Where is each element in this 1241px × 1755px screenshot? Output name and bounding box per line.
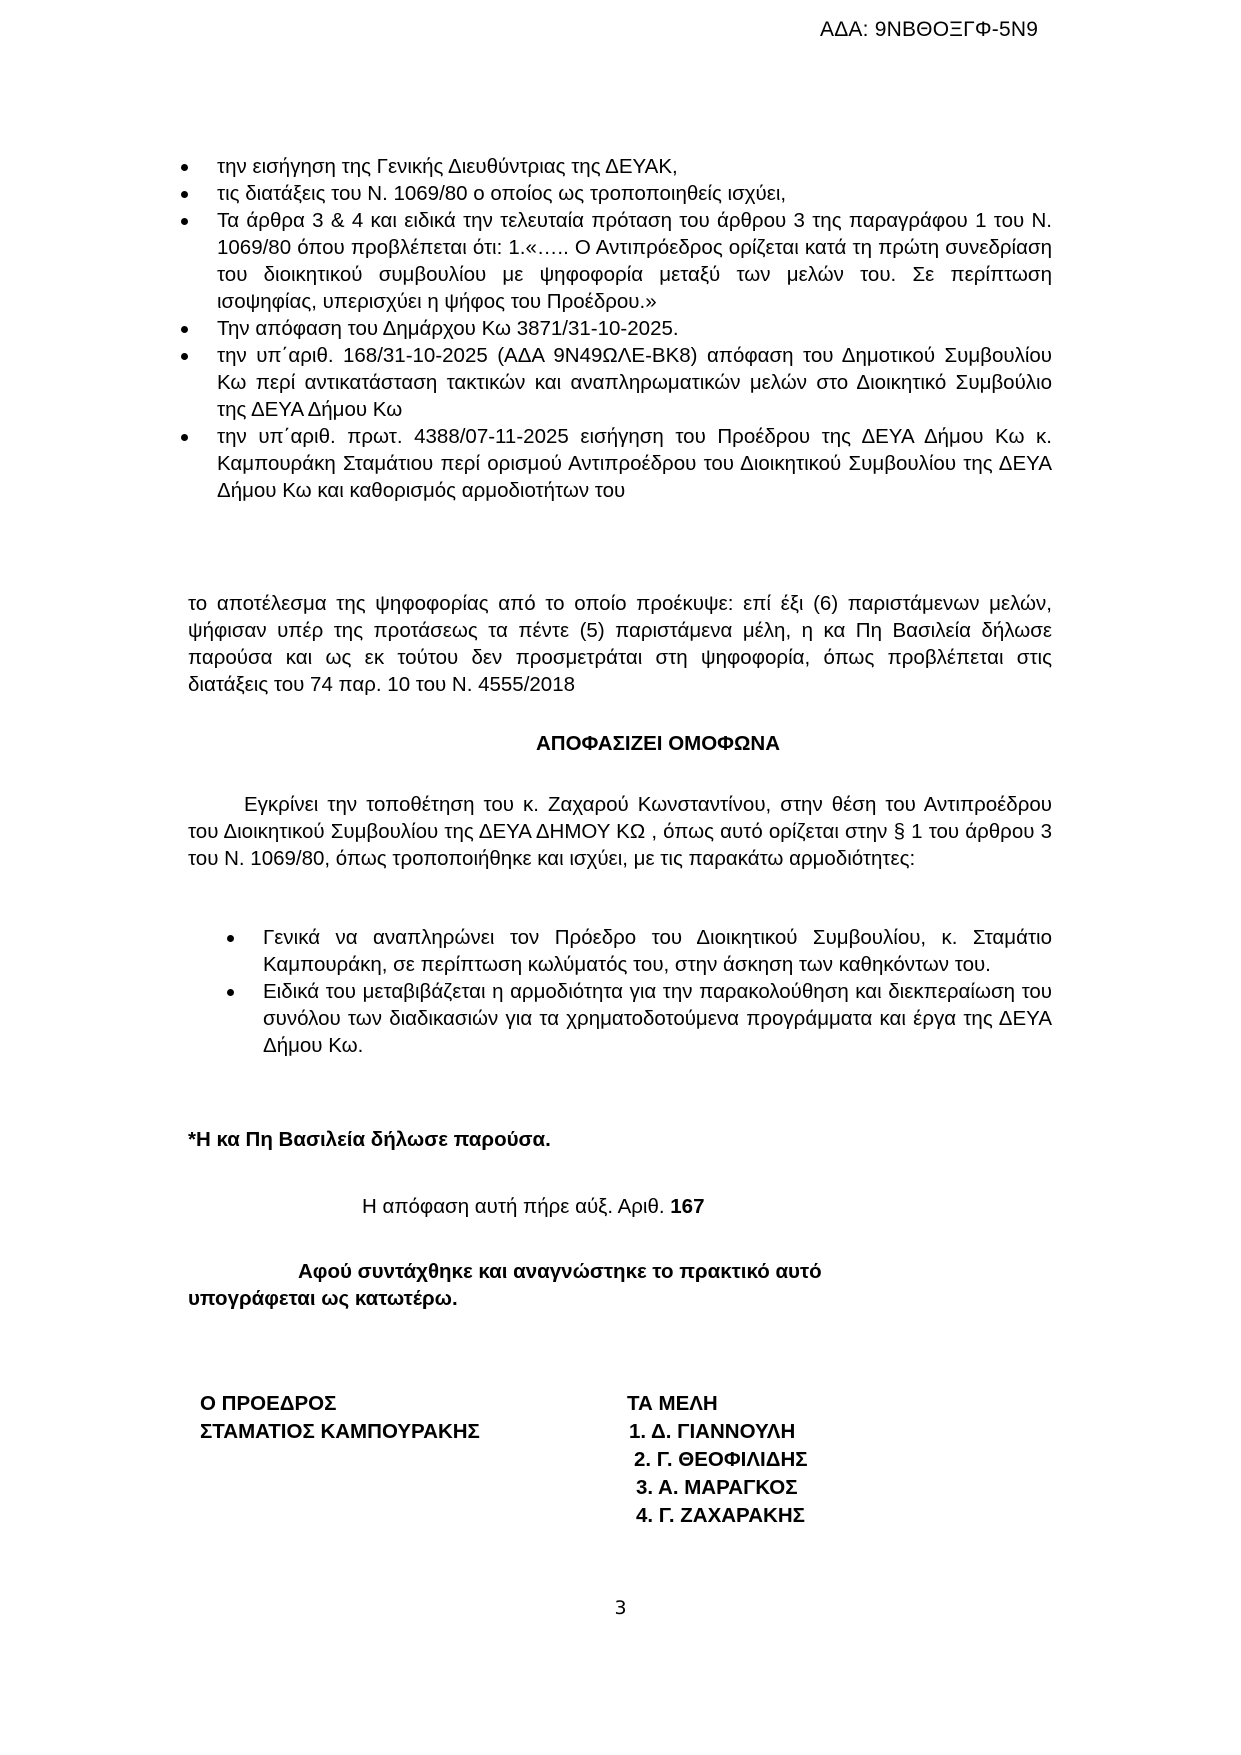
member-name: 2. Γ. ΘΕΟΦΙΛΙΔΗΣ (627, 1446, 808, 1474)
members-signature-block: ΤΑ ΜΕΛΗ 1. Δ. ΓΙΑΝΝΟΥΛΗ 2. Γ. ΘΕΟΦΙΛΙΔΗΣ… (627, 1390, 808, 1530)
attendance-note: *Η κα Πη Βασιλεία δήλωσε παρούσα. (188, 1128, 551, 1152)
decision-heading: ΑΠΟΦΑΣΙΖΕΙ ΟΜΟΦΩΝΑ (0, 732, 1241, 756)
list-item: την υπ΄αριθ. πρωτ. 4388/07-11-2025 εισήγ… (217, 423, 1052, 504)
bullet-icon (181, 326, 188, 333)
list-item: Τα άρθρα 3 & 4 και ειδικά την τελευταία … (217, 207, 1052, 315)
list-item: την υπ΄αριθ. 168/31-10-2025 (ΑΔΑ 9Ν49ΩΛΕ… (217, 342, 1052, 423)
bullet-icon (181, 353, 188, 360)
bullet-icon (227, 989, 234, 996)
member-name: 4. Γ. ΖΑΧΑΡΑΚΗΣ (627, 1502, 808, 1530)
bullet-icon (181, 434, 188, 441)
considerations-list: την εισήγηση της Γενικής Διευθύντριας τη… (217, 153, 1052, 504)
list-item: τις διατάξεις του Ν. 1069/80 ο οποίος ως… (217, 180, 1052, 207)
approval-paragraph: Εγκρίνει την τοποθέτηση του κ. Ζαχαρού Κ… (188, 791, 1052, 872)
decision-number-line: Η απόφαση αυτή πήρε αύξ. Αριθ. 167 (362, 1195, 705, 1219)
list-item: την εισήγηση της Γενικής Διευθύντριας τη… (217, 153, 1052, 180)
duties-list: Γενικά να αναπληρώνει τον Πρόεδρο του Δι… (263, 924, 1052, 1059)
bullet-icon (181, 218, 188, 225)
page-number: 3 (0, 1597, 1241, 1619)
list-item: Ειδικά του μεταβιβάζεται η αρμοδιότητα γ… (263, 978, 1052, 1059)
decision-number: 167 (670, 1195, 704, 1218)
member-name: 1. Δ. ΓΙΑΝΝΟΥΛΗ (627, 1418, 808, 1446)
president-title: Ο ΠΡΟΕΔΡΟΣ (200, 1390, 480, 1418)
list-item: Γενικά να αναπληρώνει τον Πρόεδρο του Δι… (263, 924, 1052, 978)
member-name: 3. Α. ΜΑΡΑΓΚΟΣ (627, 1474, 808, 1502)
list-item: Την απόφαση του Δημάρχου Κω 3871/31-10-2… (217, 315, 1052, 342)
president-signature-block: Ο ΠΡΟΕΔΡΟΣ ΣΤΑΜΑΤΙΟΣ ΚΑΜΠΟΥΡΑΚΗΣ (200, 1390, 480, 1446)
members-title: ΤΑ ΜΕΛΗ (627, 1390, 808, 1418)
voting-result-paragraph: το αποτέλεσμα της ψηφοφορίας από το οποί… (188, 590, 1052, 698)
bullet-icon (181, 164, 188, 171)
bullet-icon (181, 191, 188, 198)
ada-identifier: ΑΔΑ: 9ΝΒΘΟΞΓΦ-5Ν9 (820, 18, 1038, 42)
bullet-icon (227, 935, 234, 942)
closing-statement: Αφού συντάχθηκε και αναγνώστηκε το πρακτ… (188, 1258, 1052, 1312)
president-name: ΣΤΑΜΑΤΙΟΣ ΚΑΜΠΟΥΡΑΚΗΣ (200, 1418, 480, 1446)
